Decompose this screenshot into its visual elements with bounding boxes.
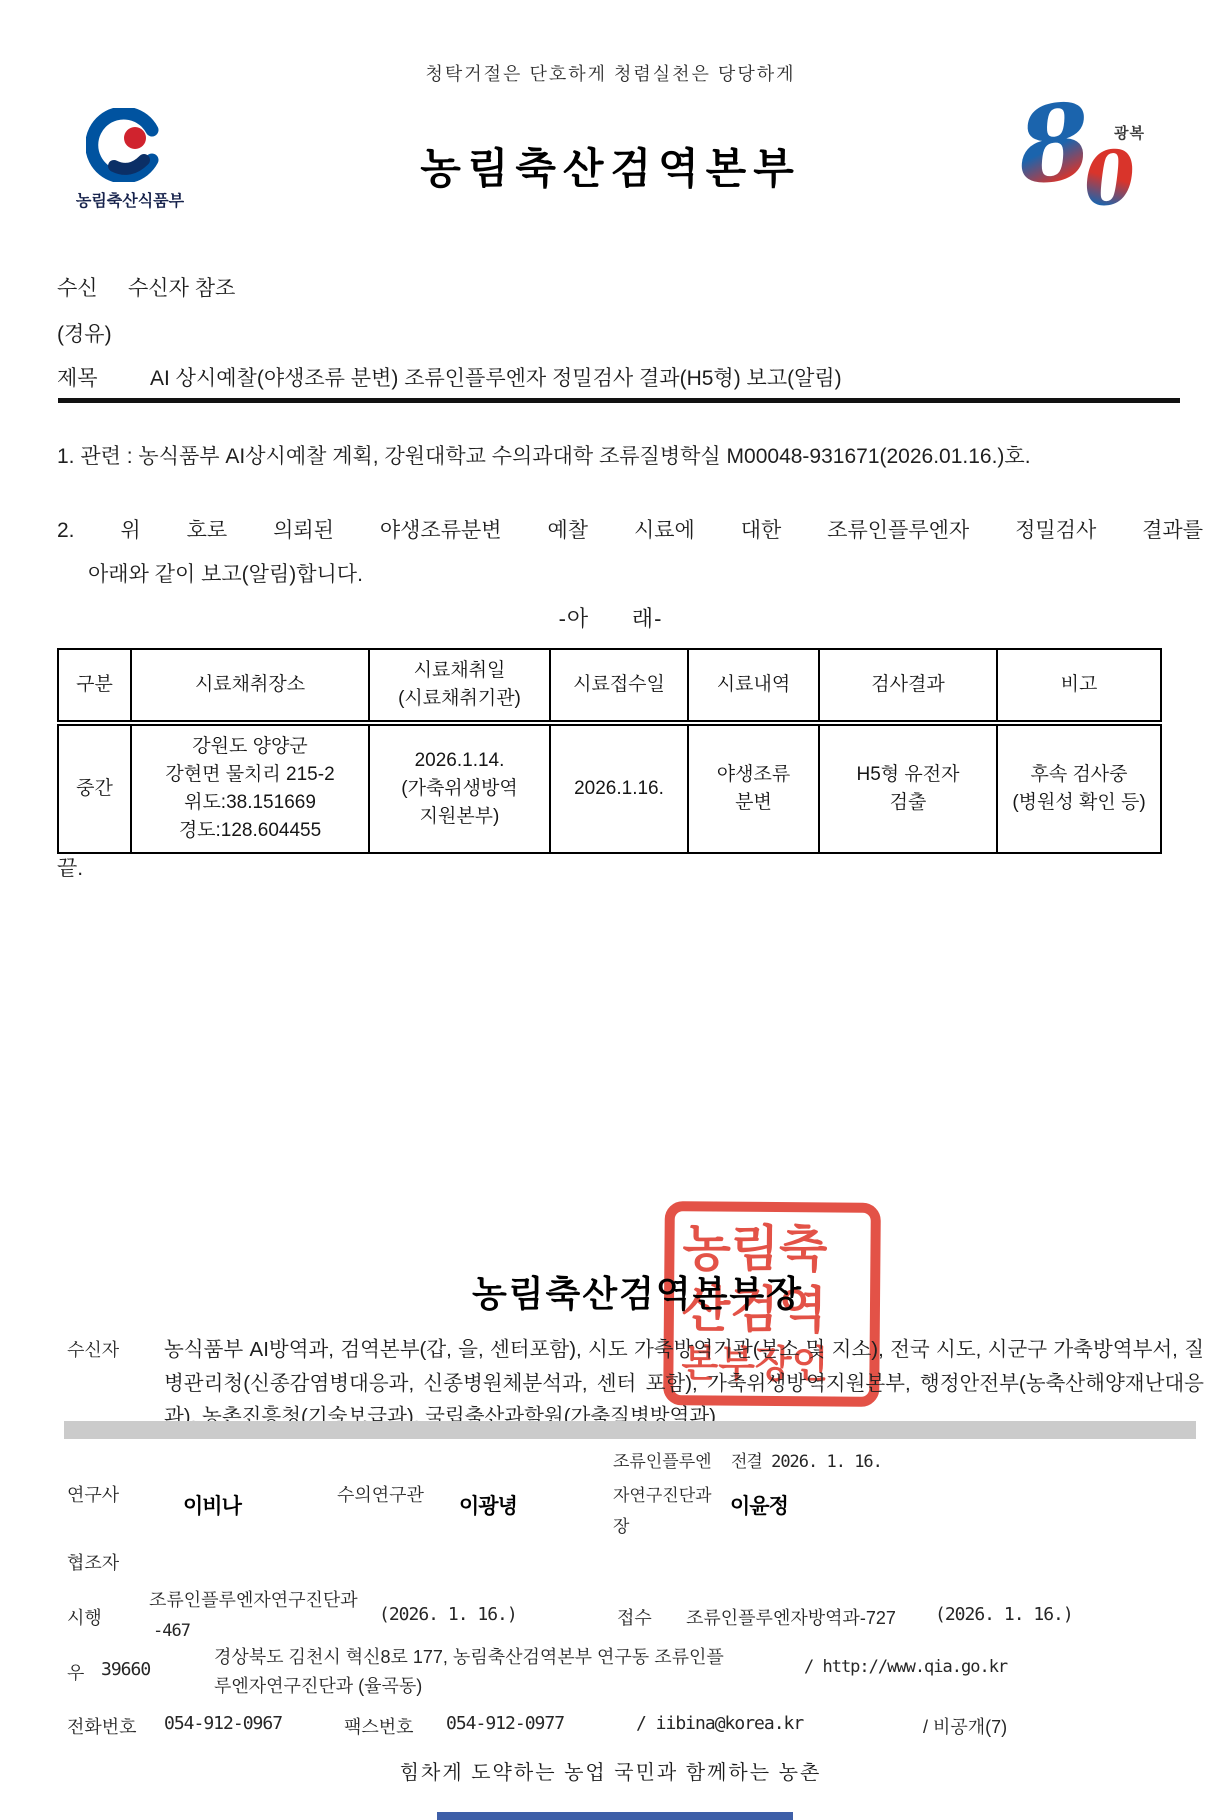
recipients-list: 농식품부 AI방역과, 검역본부(갑, 을, 센터포함), 시도 가축방역기관(…	[164, 1333, 1204, 1434]
test-result-table: 구분 시료채취장소 시료채취일 (시료채취기관) 시료접수일 시료내역 검사결과…	[57, 648, 1162, 854]
vet-researcher-name-signature: 이광녕	[459, 1490, 517, 1520]
end-marker: 끝.	[57, 852, 83, 882]
recipient-label: 수신	[57, 272, 98, 302]
director-name-signature: 이윤정	[730, 1490, 788, 1520]
recipients-label: 수신자	[67, 1336, 119, 1362]
col-header-category: 구분	[58, 649, 131, 723]
approval-delegation-date: 전결 2026. 1. 16.	[731, 1447, 882, 1472]
email-address: / iibina@korea.kr	[636, 1713, 803, 1734]
disclosure-status: / 비공개(7)	[923, 1713, 1007, 1739]
issuance-doc-number: -467	[153, 1621, 190, 1641]
phone-number: 054-912-0967	[164, 1713, 282, 1734]
cell-sampling-date: 2026.1.14. (가축위생방역 지원본부)	[369, 723, 550, 853]
col-header-sample-detail: 시료내역	[688, 649, 819, 723]
receipt-date: (2026. 1. 16.)	[935, 1604, 1073, 1625]
recipient-value: 수신자 참조	[128, 272, 235, 302]
logo80-digit-0: 0	[1081, 140, 1138, 217]
subject-value: AI 상시예찰(야생조류 분변) 조류인플루엔자 정밀검사 결과(H5형) 보고…	[150, 362, 842, 392]
postal-label: 우	[67, 1659, 84, 1685]
issuance-label: 시행	[67, 1604, 102, 1630]
researcher-label: 연구사	[67, 1481, 119, 1507]
document-page: 청탁거절은 단호하게 청렴실천은 당당하게 농림축산식품부 농림축산검역본부 8…	[0, 0, 1221, 1820]
col-header-receipt-date: 시료접수일	[550, 649, 688, 723]
col-header-note: 비고	[997, 649, 1161, 723]
liberation-80th-logo: 8 0 광복	[1018, 106, 1178, 221]
approval-dept-line3: 장	[613, 1512, 629, 1537]
table-row: 중간 강원도 양양군 강현면 물치리 215-2 위도:38.151669 경도…	[58, 723, 1161, 853]
cell-sampling-place: 강원도 양양군 강현면 물치리 215-2 위도:38.151669 경도:12…	[131, 723, 369, 853]
related-reference-paragraph: 1. 관련 : 농식품부 AI상시예찰 계획, 강원대학교 수의과대학 조류질병…	[57, 440, 1207, 470]
receipt-reference: 조류인플루엔자방역과-727	[686, 1604, 896, 1630]
logo80-label: 광복	[1114, 122, 1145, 143]
col-header-sampling-place: 시료채취장소	[131, 649, 369, 723]
report-paragraph-line2: 아래와 같이 보고(알림)합니다.	[88, 558, 363, 588]
phone-label: 전화번호	[67, 1713, 137, 1739]
address-line1: 경상북도 김천시 혁신8로 177, 농림축산검역본부 연구동 조류인플	[214, 1643, 724, 1669]
issuance-date: (2026. 1. 16.)	[379, 1604, 517, 1625]
col-header-test-result: 검사결과	[819, 649, 997, 723]
cell-category: 중간	[58, 723, 131, 853]
below-marker: -아 래-	[0, 602, 1221, 633]
approval-dept-line2: 자연구진단과	[613, 1481, 712, 1506]
integrity-slogan: 청탁거절은 단호하게 청렴실천은 당당하게	[0, 60, 1221, 86]
vet-researcher-label: 수의연구관	[337, 1481, 424, 1507]
cell-sample-detail: 야생조류 분변	[688, 723, 819, 853]
cooperator-label: 협조자	[67, 1549, 119, 1575]
fax-label: 팩스번호	[344, 1713, 414, 1739]
address-line2: 루엔자연구진단과 (율곡동)	[214, 1672, 422, 1698]
approval-dept-line1: 조류인플루엔	[613, 1447, 712, 1472]
via-line: (경유)	[57, 318, 112, 348]
table-header-row: 구분 시료채취장소 시료채취일 (시료채취기관) 시료접수일 시료내역 검사결과…	[58, 649, 1161, 723]
cell-receipt-date: 2026.1.16.	[550, 723, 688, 853]
col-header-sampling-date: 시료채취일 (시료채취기관)	[369, 649, 550, 723]
footer-slogan: 힘차게 도약하는 농업 국민과 함께하는 농촌	[0, 1756, 1221, 1785]
issuance-dept: 조류인플루엔자연구진단과	[149, 1586, 358, 1612]
seal-row-1: 농림축	[682, 1223, 862, 1275]
cell-note: 후속 검사중 (병원성 확인 등)	[997, 723, 1161, 853]
fax-number: 054-912-0977	[446, 1713, 564, 1734]
seal-row-2: 산검역	[682, 1284, 862, 1336]
section-divider-bar	[64, 1421, 1196, 1439]
cell-test-result: H5형 유전자 검출	[819, 723, 997, 853]
report-paragraph-line1: 2. 위 호로 의뢰된 야생조류분변 예찰 시료에 대한 조류인플루엔자 정밀검…	[57, 514, 1203, 544]
website-url: / http://www.qia.go.kr	[804, 1657, 1007, 1677]
postal-code: 39660	[101, 1659, 150, 1680]
receipt-label: 접수	[617, 1604, 652, 1630]
researcher-name-signature: 이비나	[183, 1490, 241, 1520]
footer-banner	[437, 1812, 793, 1820]
subject-divider-rule	[58, 398, 1180, 403]
subject-label: 제목	[57, 362, 98, 392]
